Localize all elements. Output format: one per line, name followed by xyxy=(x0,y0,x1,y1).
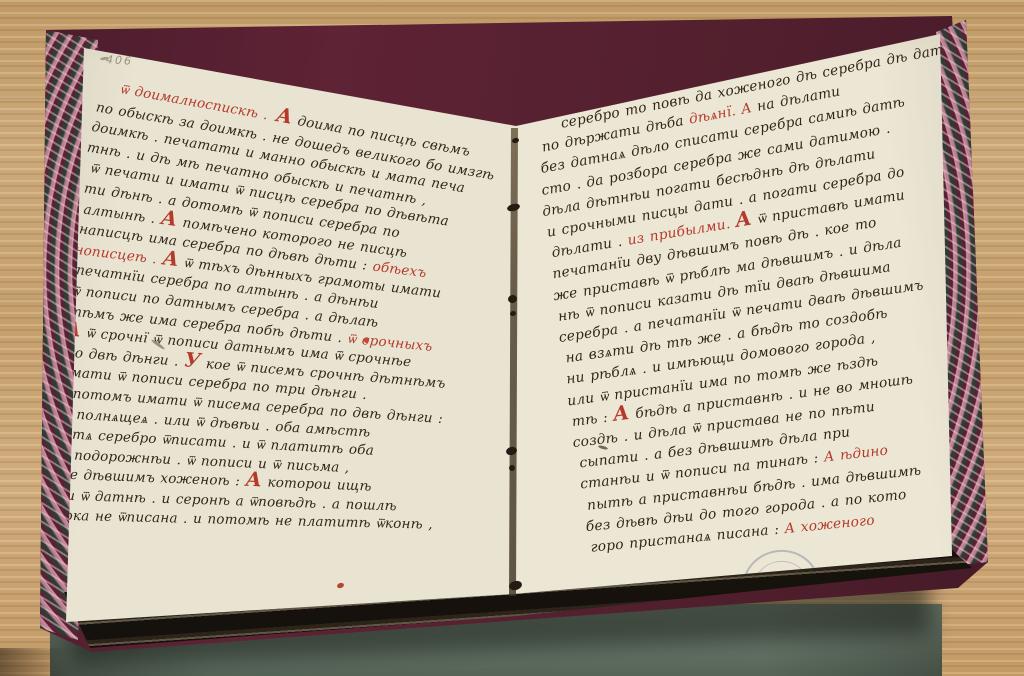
left-page-text: ѿ доималноспискѣ . А доима по писцѣ свѣм… xyxy=(41,76,485,573)
corner-shadow xyxy=(0,648,70,676)
rubric-text-run: А ѣдино xyxy=(823,443,889,466)
rubric-text-run: А xyxy=(612,400,631,426)
rubric-text-run: У xyxy=(183,347,201,372)
right-page-text: серебро то повѣ да хоженого дѣ серебра д… xyxy=(530,65,993,560)
rubric-text-run: А xyxy=(245,467,262,492)
ink-text-run: тѣ : xyxy=(571,409,614,430)
rubric-text-run: А xyxy=(733,206,753,232)
photo-scene: 406 ѿ доималноспискѣ . А доима по писцѣ … xyxy=(0,0,1024,676)
